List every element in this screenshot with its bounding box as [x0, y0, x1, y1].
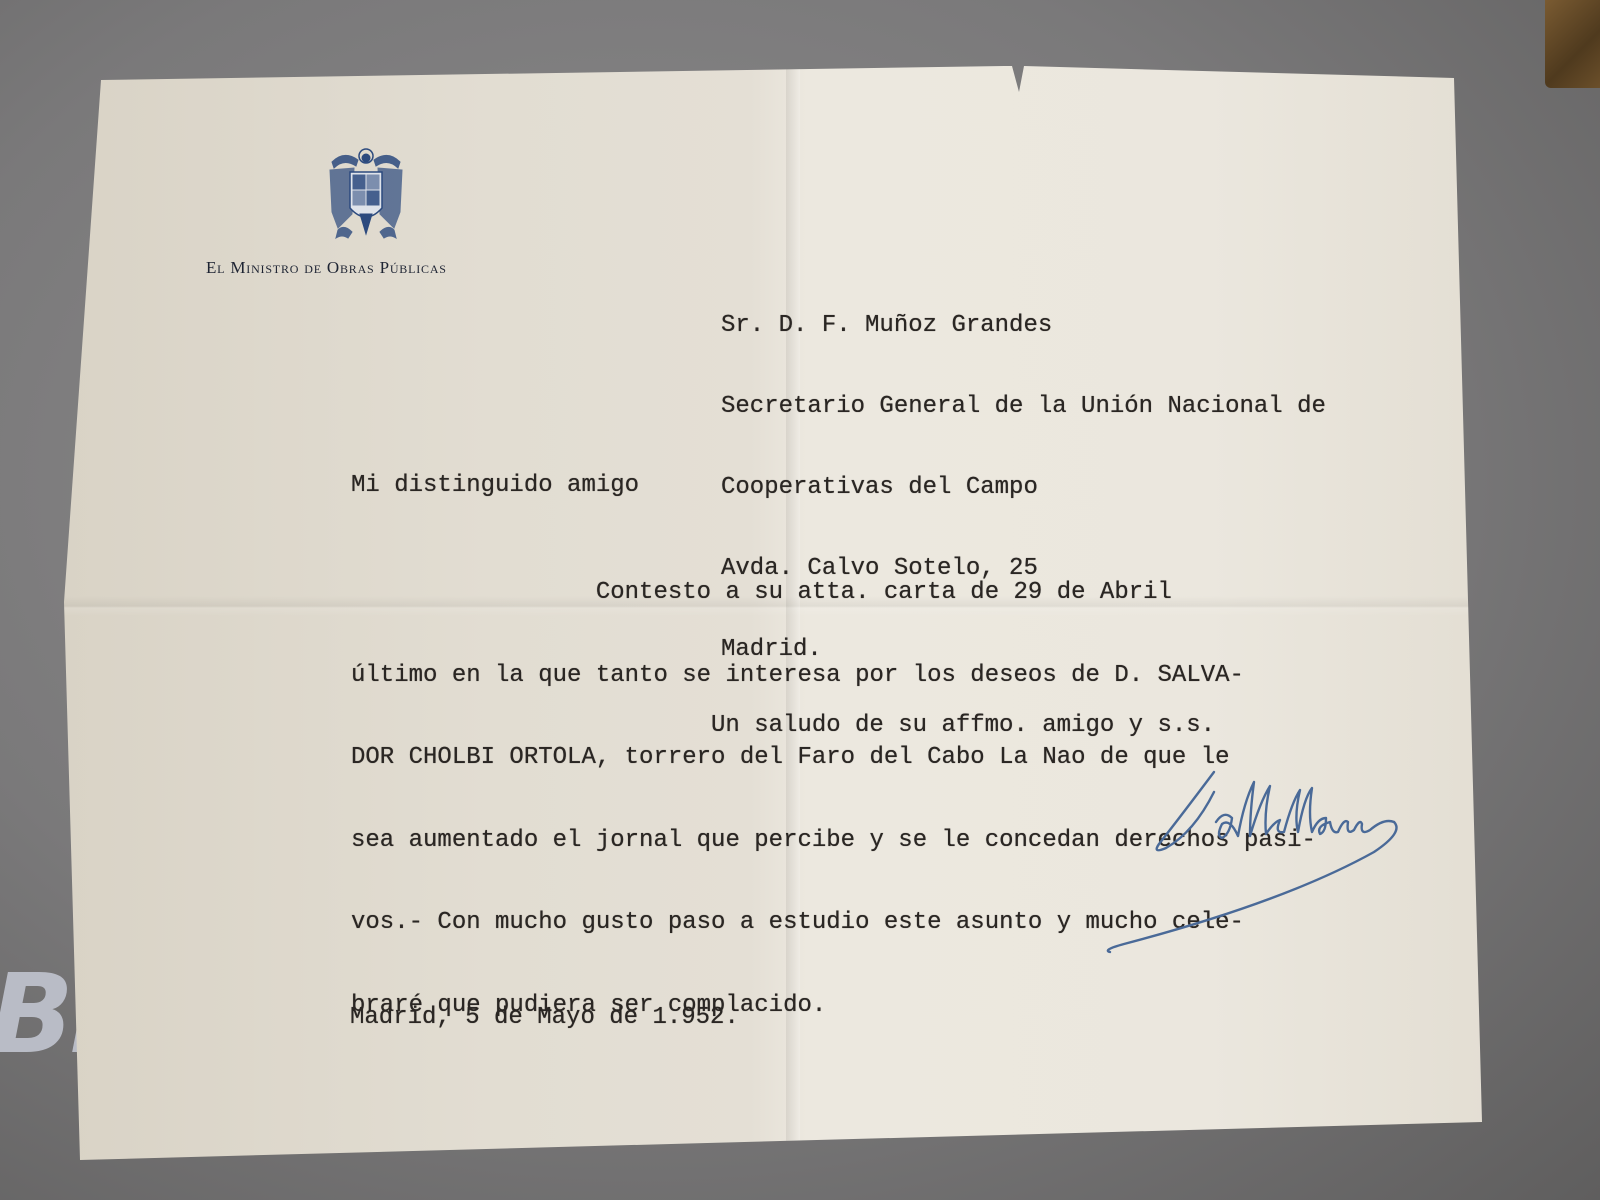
recipient-name: Sr. D. F. Muñoz Grandes: [721, 312, 1326, 339]
recipient-organization: Cooperativas del Campo: [721, 474, 1326, 501]
body-line: Contesto a su atta. carta de 29 de Abril: [351, 579, 1316, 607]
closing: Un saludo de su affmo. amigo y s.s.: [711, 712, 1215, 739]
salutation: Mi distinguido amigo: [351, 472, 639, 499]
body-line: último en la que tanto se interesa por l…: [351, 662, 1316, 690]
signature-icon: Vallellano: [1104, 752, 1600, 1012]
letterhead-title: El Ministro de Obras Públicas: [206, 258, 447, 278]
letter-paper: El Ministro de Obras Públicas Sr. D. F. …: [64, 62, 1494, 1162]
wooden-object: [1545, 0, 1600, 88]
coat-of-arms-icon: [324, 142, 408, 242]
recipient-position: Secretario General de la Unión Nacional …: [721, 393, 1326, 420]
date-line: Madrid, 5 de Mayo de 1.952.: [350, 1004, 739, 1031]
